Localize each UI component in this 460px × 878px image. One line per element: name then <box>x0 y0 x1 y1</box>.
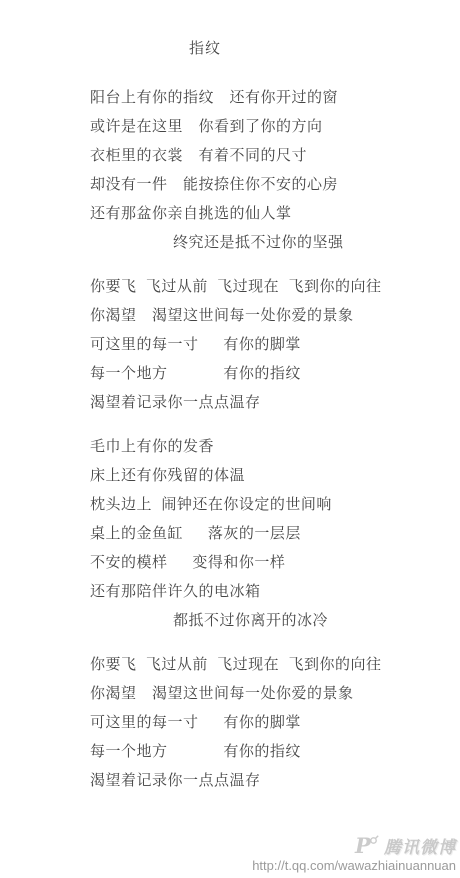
lyric-line: 桌上的金鱼缸 落灰的一层层 <box>90 519 460 548</box>
watermark: P 腾讯微博 http://t.qq.com/wawazhiainuannuan <box>252 833 456 874</box>
watermark-url: http://t.qq.com/wawazhiainuannuan <box>252 857 456 874</box>
tencent-weibo-logo-icon: P <box>353 834 380 857</box>
lyric-line: 枕头边上 闹钟还在你设定的世间响 <box>90 490 460 519</box>
lyric-line: 你要飞 飞过从前 飞过现在 飞到你的向往 <box>90 650 460 679</box>
lyrics-content: 指纹 阳台上有你的指纹 还有你开过的窗 或许是在这里 你看到了你的方向 衣柜里的… <box>0 0 460 795</box>
stanza-1: 阳台上有你的指纹 还有你开过的窗 或许是在这里 你看到了你的方向 衣柜里的衣裳 … <box>90 83 460 257</box>
svg-text:P: P <box>354 834 372 857</box>
lyric-line: 渴望着记录你一点点温存 <box>90 766 460 795</box>
lyric-line: 每一个地方 有你的指纹 <box>90 359 460 388</box>
lyric-line: 都抵不过你离开的冰冷 <box>90 606 460 635</box>
stanza-3: 毛巾上有你的发香 床上还有你残留的体温 枕头边上 闹钟还在你设定的世间响 桌上的… <box>90 432 460 635</box>
stanza-4-chorus: 你要飞 飞过从前 飞过现在 飞到你的向往 你渴望 渴望这世间每一处你爱的景象 可… <box>90 650 460 795</box>
lyric-line: 阳台上有你的指纹 还有你开过的窗 <box>90 83 460 112</box>
lyric-line: 终究还是抵不过你的坚强 <box>90 228 460 257</box>
lyric-line: 床上还有你残留的体温 <box>90 461 460 490</box>
lyric-line: 可这里的每一寸 有你的脚掌 <box>90 708 460 737</box>
lyric-line: 衣柜里的衣裳 有着不同的尺寸 <box>90 141 460 170</box>
lyrics-page: 指纹 阳台上有你的指纹 还有你开过的窗 或许是在这里 你看到了你的方向 衣柜里的… <box>0 0 460 878</box>
lyric-line: 每一个地方 有你的指纹 <box>90 737 460 766</box>
lyric-line: 或许是在这里 你看到了你的方向 <box>90 112 460 141</box>
lyric-line: 你渴望 渴望这世间每一处你爱的景象 <box>90 301 460 330</box>
lyric-line: 渴望着记录你一点点温存 <box>90 388 460 417</box>
lyric-line: 还有那盆你亲自挑选的仙人掌 <box>90 199 460 228</box>
lyric-line: 还有那陪伴许久的电冰箱 <box>90 577 460 606</box>
lyric-line: 不安的模样 变得和你一样 <box>90 548 460 577</box>
watermark-brand-row: P 腾讯微博 <box>252 833 456 857</box>
watermark-brand: 腾讯微博 <box>384 833 456 858</box>
lyric-line: 你渴望 渴望这世间每一处你爱的景象 <box>90 679 460 708</box>
lyric-line: 可这里的每一寸 有你的脚掌 <box>90 330 460 359</box>
lyric-line: 却没有一件 能按捺住你不安的心房 <box>90 170 460 199</box>
stanza-2-chorus: 你要飞 飞过从前 飞过现在 飞到你的向往 你渴望 渴望这世间每一处你爱的景象 可… <box>90 272 460 417</box>
song-title: 指纹 <box>90 38 320 60</box>
lyric-line: 毛巾上有你的发香 <box>90 432 460 461</box>
lyric-line: 你要飞 飞过从前 飞过现在 飞到你的向往 <box>90 272 460 301</box>
